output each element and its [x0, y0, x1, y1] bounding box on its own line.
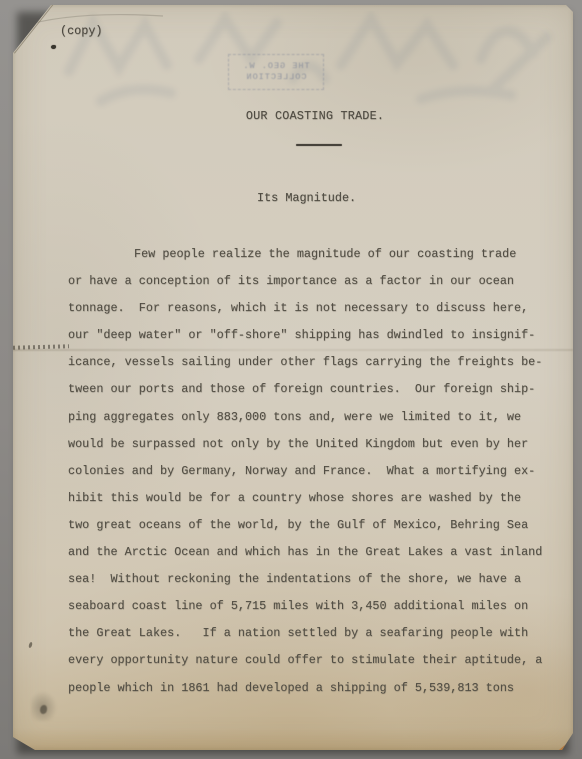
body-line: the Great Lakes. If a nation settled by …	[68, 620, 556, 647]
stamp-line-1: THE GEO. W.	[242, 61, 309, 72]
body-line: seaboard coast line of 5,715 miles with …	[68, 593, 556, 620]
body-line: sea! Without reckoning the indentations …	[68, 566, 556, 593]
body-line: icance, vessels sailing under other flag…	[68, 349, 556, 376]
title-underline-rule	[296, 144, 342, 146]
ink-speck	[28, 642, 33, 649]
body-line: tonnage. For reasons, which it is not ne…	[68, 295, 556, 322]
scanned-page-background: (copy) THE GEO. W. COLLECTION OUR COASTI…	[0, 0, 582, 759]
body-line: our "deep water" or "off-shore" shipping…	[68, 322, 556, 349]
stamp-line-2: COLLECTION	[246, 72, 307, 83]
body-line: and the Arctic Ocean and which has in th…	[68, 539, 556, 566]
bleedthrough-stamp: THE GEO. W. COLLECTION	[228, 54, 324, 90]
body-line: would be surpassed not only by the Unite…	[68, 431, 556, 458]
body-line: ping aggregates only 883,000 tons and, w…	[68, 404, 556, 431]
pencil-arc-mark	[13, 5, 213, 45]
body-line: colonies and by Germany, Norway and Fran…	[68, 458, 556, 485]
document-body: Few people realize the magnitude of our …	[68, 241, 556, 702]
body-line: two great oceans of the world, by the Gu…	[68, 512, 556, 539]
body-line: Few people realize the magnitude of our …	[68, 241, 556, 268]
document-title: OUR COASTING TRADE.	[13, 108, 573, 124]
body-line: every opportunity nature could offer to …	[68, 647, 556, 674]
ink-dot	[51, 45, 56, 49]
paper-sheet: (copy) THE GEO. W. COLLECTION OUR COASTI…	[13, 5, 573, 750]
copy-label: (copy)	[60, 24, 102, 39]
body-line: people which in 1861 had developed a shi…	[68, 675, 556, 702]
body-line: tween our ports and those of foreign cou…	[68, 376, 556, 403]
paper-crease	[13, 349, 573, 351]
body-line: or have a conception of its importance a…	[68, 268, 556, 295]
body-line: hibit this would be for a country whose …	[68, 485, 556, 512]
section-subtitle: Its Magnitude.	[257, 190, 356, 206]
